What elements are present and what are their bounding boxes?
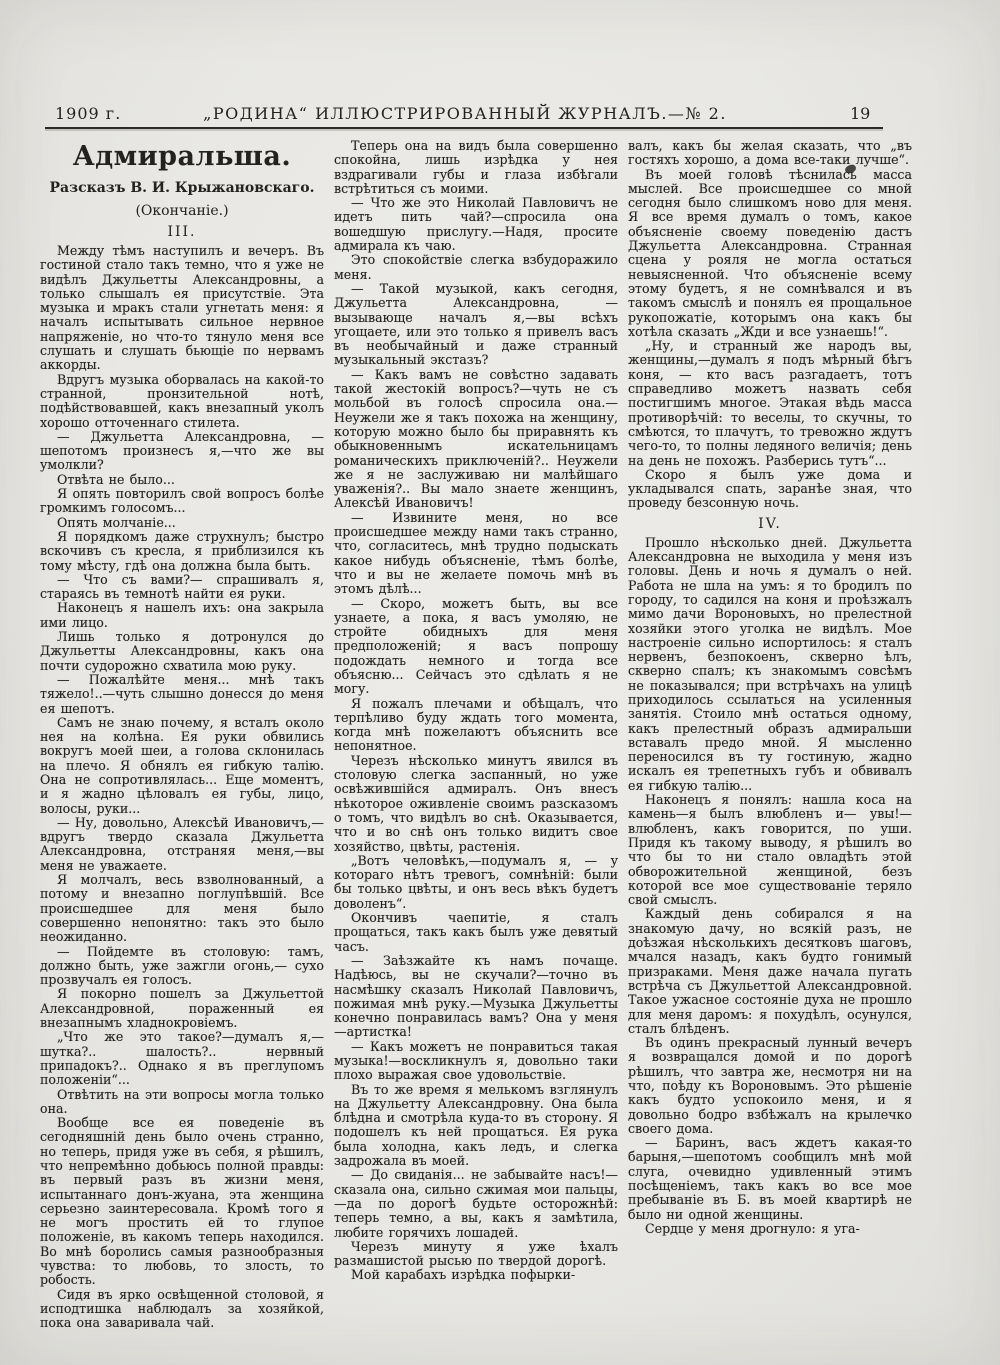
article-byline: Разсказъ В. И. Крыжановскаго. (40, 180, 324, 196)
paragraph: Я пожалъ плечами и обѣщалъ, что терпѣлив… (334, 697, 618, 754)
paragraph: Я покорно пошелъ за Джульеттой Александр… (40, 987, 324, 1030)
paragraph: — Заѣзжайте къ намъ почаще. Надѣюсь, вы … (334, 954, 618, 1040)
paragraph: Скоро я былъ уже дома и укладывался спат… (628, 468, 912, 511)
column-2: Теперь она на видъ была совершенно споко… (334, 139, 618, 1329)
paragraph: Въ то же время я мелькомъ взглянулъ на Д… (334, 1083, 618, 1169)
paragraph: Отвѣта не было... (40, 473, 324, 487)
article-ending-note: (Окончаніе.) (40, 203, 324, 219)
paragraph: Окончивъ чаепитіе, я сталъ прощаться, та… (334, 911, 618, 954)
paragraph: — Какъ вамъ не совѣстно задавать такой ж… (334, 368, 618, 511)
magazine-page: 1909 г. „РОДИНА“ ИЛЛЮСТРИРОВАННЫЙ ЖУРНАЛ… (0, 0, 1000, 1365)
paragraph: — Баринъ, васъ ждетъ какая-то барыня,—ше… (628, 1136, 912, 1222)
paragraph: — Ну, довольно, Алексѣй Ивановичъ,—вдруг… (40, 816, 324, 873)
paragraph: валъ, какъ бы желая сказать, что „въ гос… (628, 139, 912, 168)
paragraph: — Такой музыкой, какъ сегодня, Джульетта… (334, 282, 618, 368)
paragraph: „Вотъ человѣкъ,—подумалъ я, — у котораго… (334, 854, 618, 911)
paragraph: Я опять повторилъ свой вопросъ болѣе гро… (40, 487, 324, 516)
article-title: Адмиральша. (40, 141, 324, 172)
paragraph: — Какъ можетъ не понравиться такая музык… (334, 1040, 618, 1083)
paragraph: Опять молчаніе... (40, 516, 324, 530)
paragraph: Я порядкомъ даже струхнулъ; быстро вскоч… (40, 530, 324, 573)
column-3: валъ, какъ бы желая сказать, что „въ гос… (628, 139, 912, 1329)
paragraph: — Джульетта Александровна, — шепотомъ пр… (40, 430, 324, 473)
header-rule (45, 127, 883, 129)
paragraph: Самъ не знаю почему, я всталъ около нея … (40, 716, 324, 816)
page-header: 1909 г. „РОДИНА“ ИЛЛЮСТРИРОВАННЫЙ ЖУРНАЛ… (45, 104, 885, 126)
paragraph: Черезъ минуту я уже ѣхалъ размашистой ры… (334, 1240, 618, 1269)
paragraph: Каждый день собирался я на знакомую дачу… (628, 907, 912, 1036)
paragraph: Сидя въ ярко освѣщенной столовой, я испо… (40, 1288, 324, 1329)
paragraph: — Что же это Николай Павловичъ не идетъ … (334, 196, 618, 253)
paragraph: Отвѣтить на эти вопросы могла только она… (40, 1088, 324, 1117)
paragraph: Черезъ нѣсколько минутъ явился въ столов… (334, 754, 618, 854)
paragraph: Лишь только я дотронулся до Джульетты Ал… (40, 630, 324, 673)
paragraph: Вдругъ музыка оборвалась на какой-то стр… (40, 373, 324, 430)
text-columns: Адмиральша. Разсказъ В. И. Крыжановскаго… (40, 139, 912, 1329)
paragraph: Въ моей головѣ тѣснилась масса мыслей. В… (628, 168, 912, 340)
header-journal-title: „РОДИНА“ ИЛЛЮСТРИРОВАННЫЙ ЖУРНАЛЪ.—№ 2. (45, 104, 885, 123)
paragraph: — Пожалѣйте меня... мнѣ такъ тяжело!..—ч… (40, 673, 324, 716)
section-heading: IV. (628, 516, 912, 532)
paragraph: Наконецъ я понялъ: нашла коса на камень—… (628, 793, 912, 907)
column-1: Адмиральша. Разсказъ В. И. Крыжановскаго… (40, 139, 324, 1329)
paragraph: Вообще все ея поведеніе въ сегодняшній д… (40, 1116, 324, 1288)
paragraph: Между тѣмъ наступилъ и вечеръ. Въ гостин… (40, 244, 324, 373)
paragraph: „Ну, и странный же народъ вы, женщины,—д… (628, 339, 912, 468)
paragraph: Это спокойствіе слегка взбудоражило меня… (334, 253, 618, 282)
paragraph: Наконецъ я нашелъ ихъ: она закрыла ими л… (40, 601, 324, 630)
header-page-number: 19 (850, 104, 870, 123)
paragraph: — Извините меня, но все происшедшее межд… (334, 511, 618, 597)
paragraph: Я молчалъ, весь взволнованный, а потому … (40, 873, 324, 944)
paragraph: — До свиданія... не забывайте насъ!—сказ… (334, 1168, 618, 1239)
paragraph: — Пойдемте въ столовую: тамъ, должно быт… (40, 945, 324, 988)
section-heading: III. (40, 224, 324, 240)
paragraph: Теперь она на видъ была совершенно споко… (334, 139, 618, 196)
paragraph: Сердце у меня дрогнуло: я уга- (628, 1222, 912, 1236)
paragraph: Мой карабахъ изрѣдка пофырки- (334, 1268, 618, 1282)
paragraph: — Что съ вами?— спрашивалъ я, стараясь в… (40, 573, 324, 602)
paragraph: — Скоро, можетъ быть, вы все узнаете, а … (334, 597, 618, 697)
paragraph: „Что же это такое?—думалъ я,— шутка?.. ш… (40, 1030, 324, 1087)
paragraph: Въ одинъ прекрасный лунный вечеръ я возв… (628, 1036, 912, 1136)
paragraph: Прошло нѣсколько дней. Джульетта Алексан… (628, 536, 912, 793)
